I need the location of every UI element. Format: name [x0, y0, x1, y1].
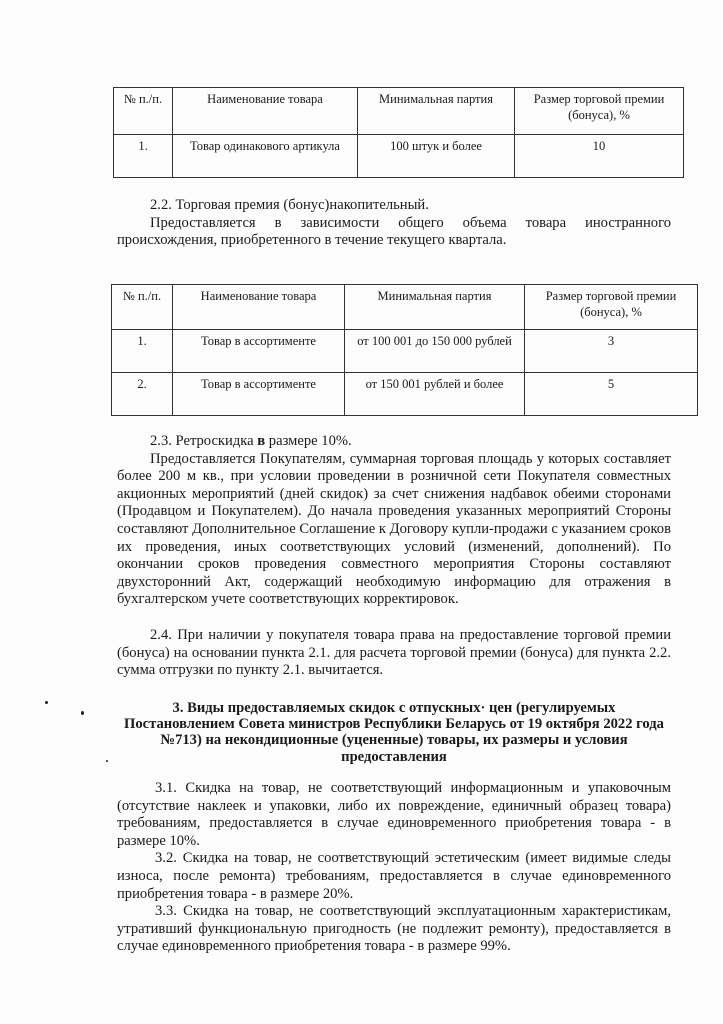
cell-bonus: 5	[525, 373, 698, 416]
header-num: № п./п.	[112, 285, 173, 330]
header-num: № п./п.	[114, 88, 173, 135]
table-row: 1. Товар в ассортименте от 100 001 до 15…	[112, 330, 698, 373]
cell-name: Товар одинакового артикула	[173, 135, 358, 178]
section-2-3-title: 2.3. Ретроскидка в размере 10%.	[117, 433, 671, 451]
scan-speck	[106, 760, 108, 762]
section-2-3-title-prefix: 2.3. Ретроскидка	[150, 433, 257, 449]
section-2-2-body: Предоставляется в зависимости общего объ…	[117, 215, 671, 250]
item-3-2: 3.2. Скидка на товар, не соответствующий…	[117, 850, 671, 903]
section-2-3-title-bold: в	[257, 433, 265, 449]
scan-speck	[81, 711, 84, 715]
item-3-1: 3.1. Скидка на товар, не соответствующий…	[117, 780, 671, 850]
cell-num: 1.	[112, 330, 173, 373]
table-header-row: № п./п. Наименование товара Минимальная …	[114, 88, 684, 135]
section-2-3: 2.3. Ретроскидка в размере 10%. Предоста…	[117, 433, 671, 609]
table-row: 2. Товар в ассортименте от 150 001 рубле…	[112, 373, 698, 416]
header-bonus: Размер торговой премии (бонуса), %	[515, 88, 684, 135]
cell-bonus: 3	[525, 330, 698, 373]
bonus-table-same-article: № п./п. Наименование товара Минимальная …	[113, 87, 684, 178]
section-3-items: 3.1. Скидка на товар, не соответствующий…	[117, 780, 671, 956]
header-min-lot: Минимальная партия	[358, 88, 515, 135]
cell-bonus: 10	[515, 135, 684, 178]
section-2-3-title-suffix: размере 10%.	[265, 433, 352, 449]
cell-name: Товар в ассортименте	[173, 330, 345, 373]
cell-name: Товар в ассортименте	[173, 373, 345, 416]
document-page: № п./п. Наименование товара Минимальная …	[0, 0, 723, 1024]
table-row: 1. Товар одинакового артикула 100 штук и…	[114, 135, 684, 178]
header-name: Наименование товара	[173, 285, 345, 330]
bonus-table-cumulative: № п./п. Наименование товара Минимальная …	[111, 284, 698, 416]
cell-min-lot: от 100 001 до 150 000 рублей	[345, 330, 525, 373]
cell-min-lot: от 150 001 рублей и более	[345, 373, 525, 416]
section-2-2: 2.2. Торговая премия (бонус)накопительны…	[117, 197, 671, 250]
cell-num: 2.	[112, 373, 173, 416]
section-2-3-body: Предоставляется Покупателям, суммарная т…	[117, 451, 671, 609]
section-2-4-body: 2.4. При наличии у покупателя товара пра…	[117, 627, 671, 680]
header-bonus: Размер торговой премии (бонуса), %	[525, 285, 698, 330]
table-header-row: № п./п. Наименование товара Минимальная …	[112, 285, 698, 330]
cell-min-lot: 100 штук и более	[358, 135, 515, 178]
cell-num: 1.	[114, 135, 173, 178]
section-2-4: 2.4. При наличии у покупателя товара пра…	[117, 627, 671, 680]
item-3-3: 3.3. Скидка на товар, не соответствующий…	[117, 903, 671, 956]
scan-speck	[45, 701, 48, 704]
header-name: Наименование товара	[173, 88, 358, 135]
header-min-lot: Минимальная партия	[345, 285, 525, 330]
section-2-2-title: 2.2. Торговая премия (бонус)накопительны…	[117, 197, 671, 215]
section-3-heading: 3. Виды предоставляемых скидок с отпускн…	[117, 700, 671, 765]
